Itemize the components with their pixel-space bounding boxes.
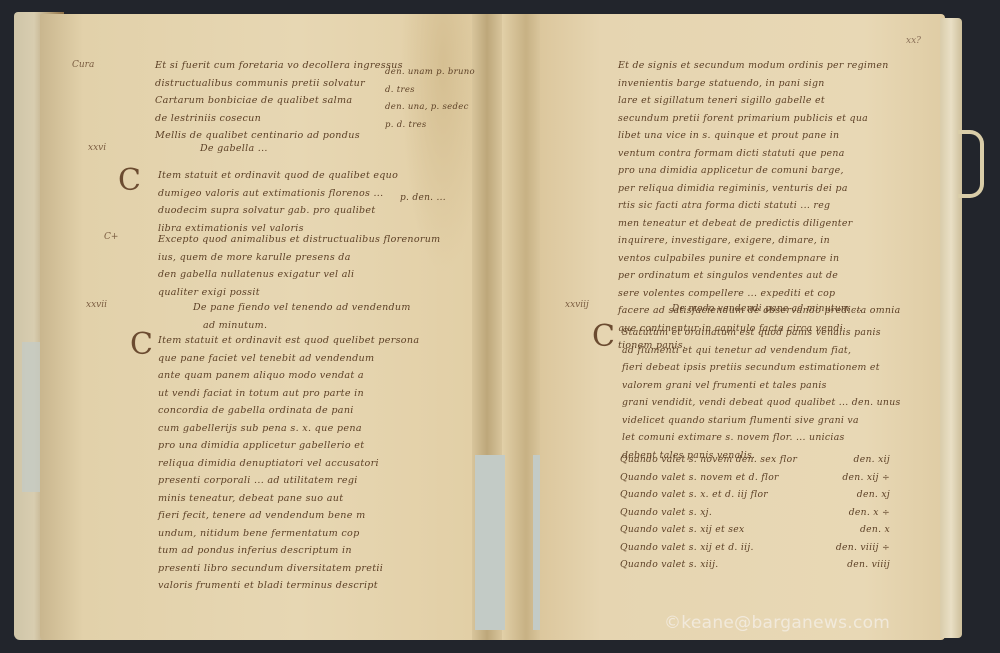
text-line: presenti libro secundum diversitatem pre…	[158, 561, 419, 579]
text-line: ante quam panem aliquo modo vendat a	[158, 368, 419, 386]
left-block-1: Et si fuerit cum foretaria vo decollera …	[155, 58, 403, 146]
text-line: ventos culpabiles punire et condempnare …	[618, 251, 900, 269]
text-line: men teneatur et debeat de predictis dili…	[618, 216, 900, 234]
left-block-4: Item statuit et ordinavit est quod queli…	[158, 333, 419, 596]
price-table: Quando valet s. novem den. sex florden. …	[620, 452, 890, 575]
text-line: secundum pretii forent primarium publici…	[618, 111, 900, 129]
text-line: distructualibus communis pretii solvatur	[155, 76, 403, 94]
text-line: d. tres	[385, 82, 475, 100]
text-line: que pane faciet vel tenebit ad vendendum	[158, 351, 419, 369]
text-line: ut vendi faciat in totum aut pro parte i…	[158, 386, 419, 404]
text-line: Mellis de qualibet centinario ad pondus	[155, 128, 403, 146]
margin-note: xxvii	[86, 300, 107, 310]
text-line: lare et sigillatum teneri sigillo gabell…	[618, 93, 900, 111]
initial-letter: C	[592, 322, 615, 352]
text-line: per ordinatum et singulos vendentes aut …	[618, 268, 900, 286]
text-line: libet una vice in s. quinque et prout pa…	[618, 128, 900, 146]
right-block-2: Statutum et ordinatum est quod panis ven…	[622, 325, 901, 465]
text-line: tum ad pondus inferius descriptum in	[158, 543, 419, 561]
text-line: Statutum et ordinatum est quod panis ven…	[622, 325, 901, 343]
text-line: p. d. tres	[385, 117, 475, 135]
table-row: Quando valet s. xiij.den. viiij	[620, 557, 890, 575]
text-line: inquirere, investigare, exigere, dimare,…	[618, 233, 900, 251]
text-line: let comuni extimare s. novem flor. ... u…	[622, 430, 901, 448]
repair-strip	[475, 455, 505, 630]
text-line: valorem grani vel frumenti et tales pani…	[622, 378, 901, 396]
text-line: ad flumenti et qui tenetur ad vendendum …	[622, 343, 901, 361]
text-line: ventum contra formam dicti statuti que p…	[618, 146, 900, 164]
left-block-3: Excepto quod animalibus et distructualib…	[158, 232, 440, 302]
text-line: Et si fuerit cum foretaria vo decollera …	[155, 58, 403, 76]
text-line: Cartarum bonbiciae de qualibet salma	[155, 93, 403, 111]
text-line: rtis sic facti atra forma dicti statuti …	[618, 198, 900, 216]
watermark: ©keane@barganews.com	[664, 613, 890, 633]
text-line: concordia de gabella ordinata de pani	[158, 403, 419, 421]
text-line: per reliqua dimidia regiminis, venturis …	[618, 181, 900, 199]
rubric: De modo vendendi pane ad minutum ...	[672, 301, 862, 319]
margin-note: C+	[104, 232, 118, 242]
table-row: Quando valet s. xij et d. iij.den. viiij…	[620, 540, 890, 558]
text-line: videlicet quando starium flumenti sive g…	[622, 413, 901, 431]
rubric: De gabella ...	[200, 140, 268, 158]
manuscript-photo: Cura xxvi C+ xxvii Et si fuerit cum fore…	[0, 0, 1000, 653]
margin-note: Cura	[72, 60, 94, 70]
text-line: den. una, p. sedec	[385, 99, 475, 117]
text-line: den. unam p. bruno	[385, 64, 475, 82]
text-line: pro una dimidia applicetur de comuni bar…	[618, 163, 900, 181]
text-line: presenti corporali ... ad utilitatem reg…	[158, 473, 419, 491]
left-block-2: Item statuit et ordinavit quod de qualib…	[158, 168, 398, 238]
text-line: ius, quem de more karulle presens da	[158, 250, 440, 268]
right-binding-edge	[940, 18, 962, 638]
left-block-1-side: den. unam p. bruno d. tres den. una, p. …	[385, 64, 475, 134]
closure-strap	[958, 130, 984, 198]
text-line: de lestriniis cosecun	[155, 111, 403, 129]
text-line: valoris frumenti et bladi terminus descr…	[158, 578, 419, 596]
text-line: duodecim supra solvatur gab. pro qualibe…	[158, 203, 398, 221]
left-block-2-side: p. den. ...	[400, 190, 446, 208]
table-row: Quando valet s. novem et d. florden. xij…	[620, 470, 890, 488]
margin-note: xxvi	[88, 143, 106, 153]
text-line: undum, nitidum bene fermentatum cop	[158, 526, 419, 544]
text-line: grani vendidit, vendi debeat quod qualib…	[622, 395, 901, 413]
table-row: Quando valet s. novem den. sex florden. …	[620, 452, 890, 470]
text-line: dumigeo valoris aut extimationis floreno…	[158, 186, 398, 204]
text-line: Et de signis et secundum modum ordinis p…	[618, 58, 900, 76]
table-row: Quando valet s. xj.den. x ÷	[620, 505, 890, 523]
text-line: Item statuit et ordinavit est quod queli…	[158, 333, 419, 351]
margin-note: xxviij	[565, 300, 589, 310]
text-line: invenientis barge statuendo, in pani sig…	[618, 76, 900, 94]
folio-number: xx?	[906, 36, 921, 46]
text-line: minis teneatur, debeat pane suo aut	[158, 491, 419, 509]
initial-letter: C	[130, 330, 153, 360]
text-line: fieri fecit, tenere ad vendendum bene m	[158, 508, 419, 526]
table-row: Quando valet s. xij et sexden. x	[620, 522, 890, 540]
text-line: cum gabellerijs sub pena s. x. que pena	[158, 421, 419, 439]
text-line: reliqua dimidia denuptiatori vel accusat…	[158, 456, 419, 474]
table-row: Quando valet s. x. et d. iij florden. xj	[620, 487, 890, 505]
text-line: den gabella nullatenus exigatur vel ali	[158, 267, 440, 285]
initial-letter: C	[118, 166, 141, 196]
text-line: De pane fiendo vel tenendo ad vendendum	[193, 300, 411, 318]
text-line: fieri debeat ipsis pretiis secundum esti…	[622, 360, 901, 378]
rubric: De pane fiendo vel tenendo ad vendendum …	[193, 300, 411, 335]
text-line: Excepto quod animalibus et distructualib…	[158, 232, 440, 250]
text-line: Item statuit et ordinavit quod de qualib…	[158, 168, 398, 186]
text-line: pro una dimidia applicetur gabellerio et	[158, 438, 419, 456]
